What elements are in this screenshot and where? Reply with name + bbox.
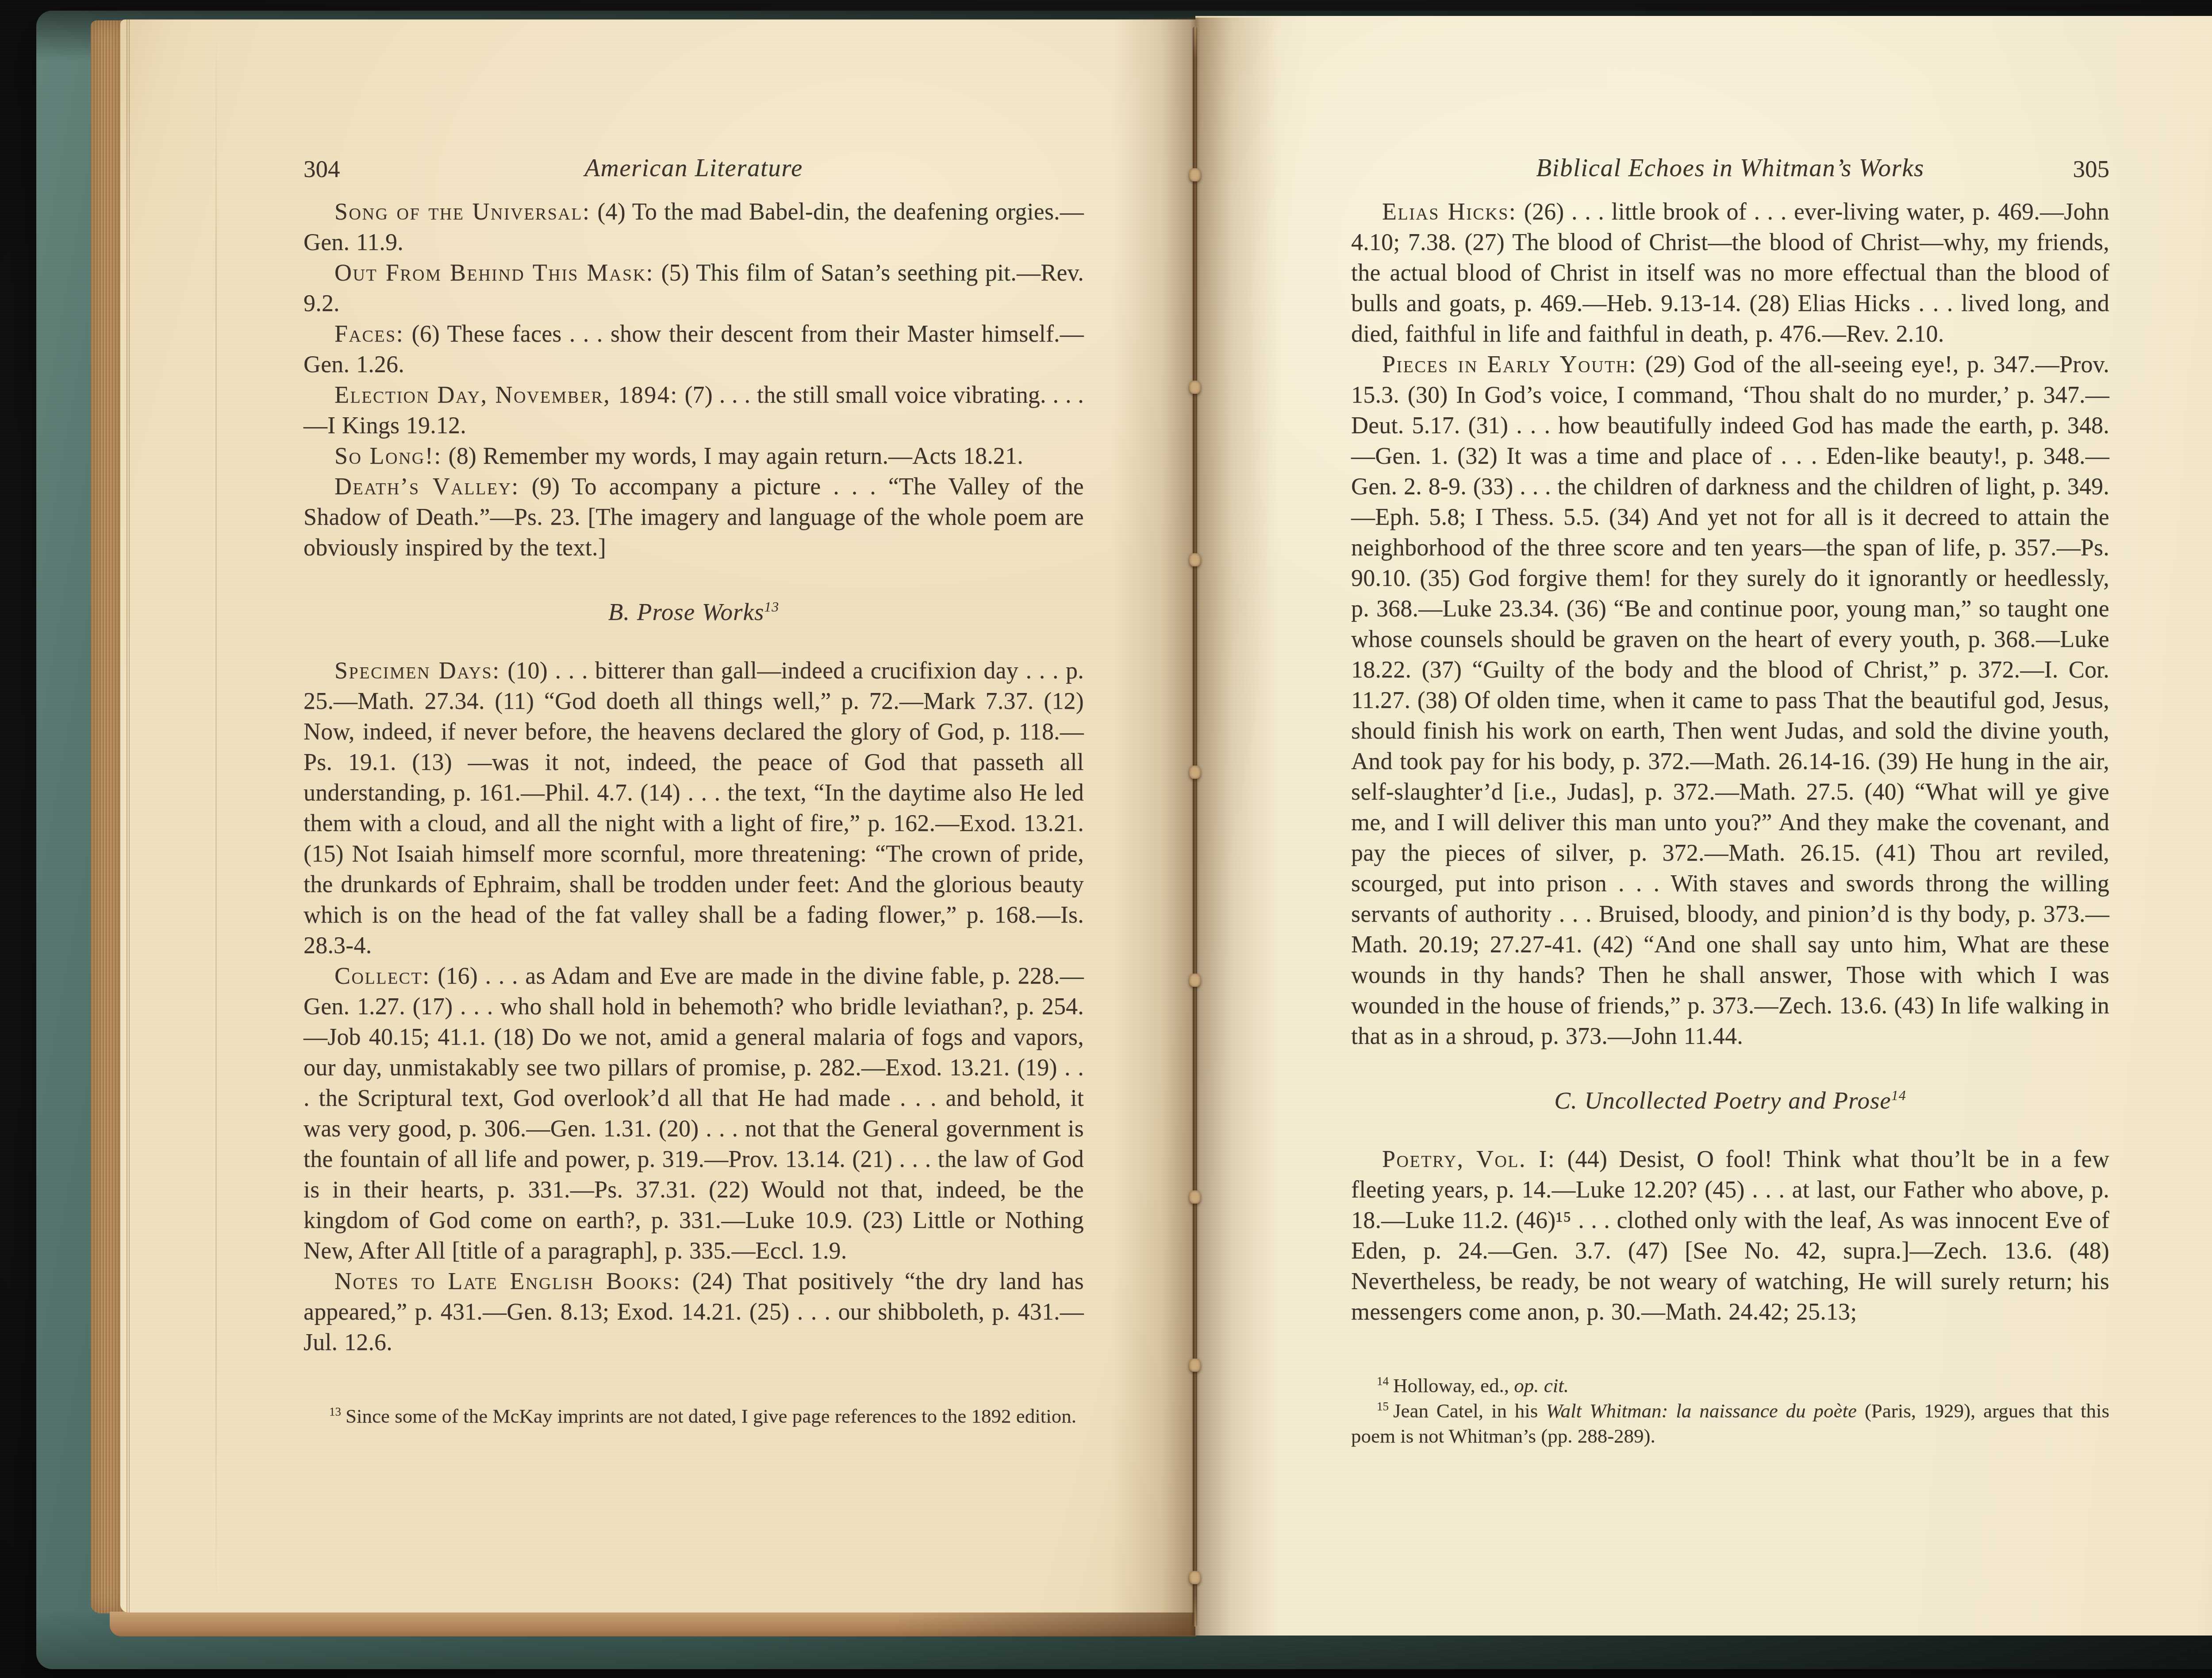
work-title: Notes to Late English Books: [334,1268,681,1294]
entry-text: (44) Desist, O fool! Think what thou’lt … [1351,1146,2109,1325]
right-page-footnotes: 14Holloway, ed., op. cit. 15Jean Catel, … [1351,1373,2109,1449]
book-photo-scene: 304 American Literature Song of the Univ… [0,0,2212,1678]
footnote-marker: 14 [1377,1374,1389,1388]
index-entry: Pieces in Early Youth: (29) God of the a… [1351,349,2109,1051]
left-page: 304 American Literature Song of the Univ… [120,19,1195,1613]
section-heading-uncollected: C. Uncollected Poetry and Prose14 [1351,1085,2109,1116]
work-title: Collect: [334,962,430,989]
entry-text: (10) . . . bitterer than gall—indeed a c… [303,657,1084,958]
poem-title: Faces: [334,320,404,347]
binding-stitch [1189,168,1201,181]
right-page: Biblical Echoes in Whitman’s Works 305 E… [1195,16,2212,1636]
work-title: Specimen Days: [334,657,500,684]
page-edges-bottom [110,1612,1196,1636]
running-head-left: 304 American Literature [303,152,1084,184]
binding-seam [1193,27,1197,1627]
footnote: 13Since some of the McKay imprints are n… [303,1404,1084,1429]
footnote-marker: 13 [329,1405,341,1418]
poem-title: So Long!: [334,443,442,469]
footnote-marker: 15 [1377,1400,1389,1413]
entry-text: (6) These faces . . . show their descent… [303,320,1084,377]
index-entry: Death’s Valley: (9) To accompany a pictu… [303,471,1084,563]
page-edges-left [91,20,124,1613]
page-number-right: 305 [2073,153,2110,185]
index-entry: Song of the Universal: (4) To the mad Ba… [303,196,1084,258]
entry-text: (8) Remember my words, I may again retur… [448,443,1023,469]
poem-title: Election Day, November, 1894: [334,381,678,408]
footnote-text: Since some of the McKay imprints are not… [346,1405,1076,1427]
running-head-title-right: Biblical Echoes in Whitman’s Works [1351,152,2109,184]
running-head-right: Biblical Echoes in Whitman’s Works 305 [1351,152,2109,184]
footnote: 14Holloway, ed., op. cit. [1351,1373,2109,1398]
footnote-reference: 14 [1891,1087,1906,1103]
index-entry: Faces: (6) These faces . . . show their … [303,319,1084,380]
right-page-body: Elias Hicks: (26) . . . little brook of … [1351,196,2109,1327]
footnote: 15Jean Catel, in his Walt Whitman: la na… [1351,1398,2109,1449]
entry-text: (16) . . . as Adam and Eve are made in t… [303,962,1084,1264]
page-number-left: 304 [303,153,340,185]
work-title: Poetry, Vol. I: [1382,1146,1555,1172]
work-title: Pieces in Early Youth: [1382,351,1637,377]
index-entry: So Long!: (8) Remember my words, I may a… [303,441,1084,471]
binding-stitch [1189,766,1201,779]
left-page-body: Song of the Universal: (4) To the mad Ba… [303,196,1084,1358]
work-title: Elias Hicks: [1382,198,1517,225]
binding-stitch [1189,1571,1201,1584]
index-entry: Collect: (16) . . . as Adam and Eve are … [303,961,1084,1266]
index-entry: Specimen Days: (10) . . . bitterer than … [303,655,1084,961]
index-entry: Election Day, November, 1894: (7) . . . … [303,380,1084,441]
index-entry: Out From Behind This Mask: (5) This film… [303,258,1084,319]
section-heading-prose-works: B. Prose Works13 [303,597,1084,627]
poem-title: Death’s Valley: [334,473,519,500]
index-entry: Poetry, Vol. I: (44) Desist, O fool! Thi… [1351,1144,2109,1327]
left-page-footnotes: 13Since some of the McKay imprints are n… [303,1404,1084,1429]
footnote-reference: 13 [764,599,779,615]
index-entry: Notes to Late English Books: (24) That p… [303,1266,1084,1358]
binding-stitch [1189,1190,1201,1204]
poem-title: Out From Behind This Mask: [334,259,654,286]
index-entry: Elias Hicks: (26) . . . little brook of … [1351,196,2109,349]
binding-stitch [1189,381,1201,394]
running-head-title-left: American Literature [303,152,1084,184]
binding-stitch [1189,1359,1201,1372]
entry-text: (29) God of the all-seeing eye!, p. 347.… [1351,351,2109,1049]
binding-stitch [1189,974,1201,987]
binding-stitch [1189,553,1201,566]
poem-title: Song of the Universal: [334,198,590,225]
